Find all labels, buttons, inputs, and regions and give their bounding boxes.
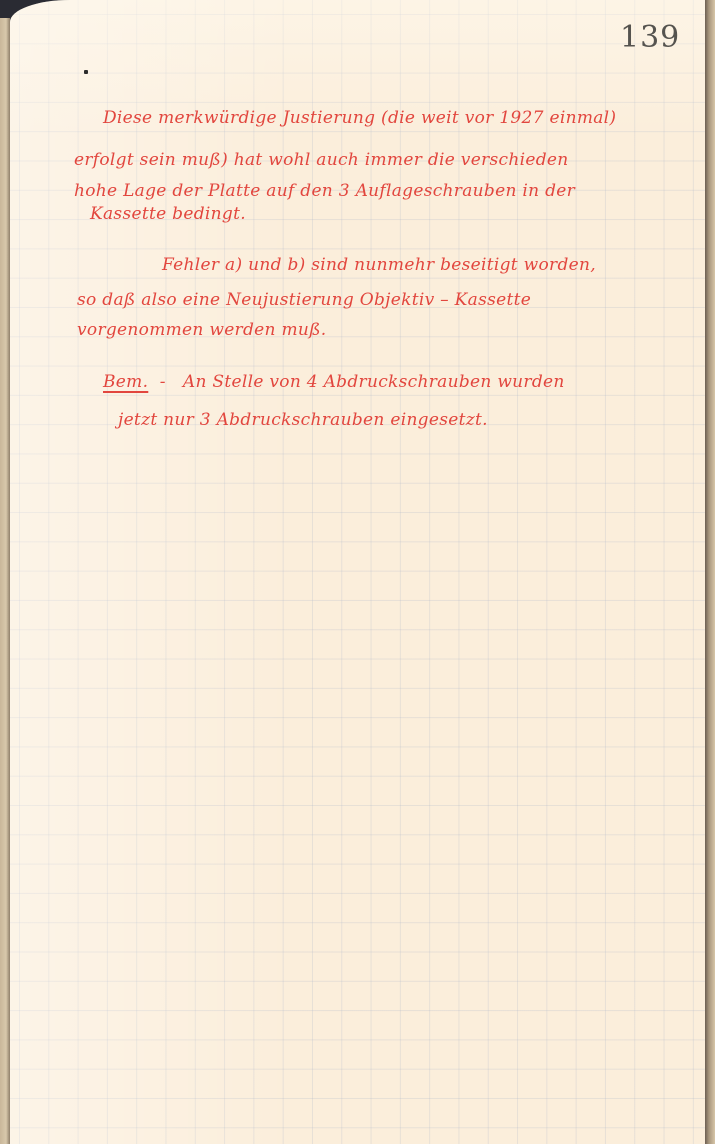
paragraph-2-line-3: vorgenommen werden muß. — [77, 320, 327, 340]
remark-line-1: Bem. - An Stelle von 4 Abdruckschrauben … — [103, 372, 565, 392]
scanned-notebook-page: 139 Diese merkwürdige Justierung (die we… — [0, 0, 715, 1144]
remark-line-1-text: An Stelle von 4 Abdruckschrauben wurden — [183, 372, 565, 392]
ink-spot — [84, 70, 88, 74]
remark-line-2: jetzt nur 3 Abdruckschrauben eingesetzt. — [118, 410, 488, 430]
paragraph-2-line-1: Fehler a) und b) sind nunmehr beseitigt … — [162, 255, 596, 275]
binding-edge — [705, 0, 715, 1144]
paragraph-1-line-2: erfolgt sein muß) hat wohl auch immer di… — [74, 150, 568, 170]
paragraph-1-line-1: Diese merkwürdige Justierung (die weit v… — [103, 108, 616, 128]
remark-dash: - — [154, 372, 177, 392]
grid-paper-page — [10, 0, 705, 1144]
previous-page-edge — [0, 18, 10, 1144]
page-number: 139 — [620, 20, 680, 55]
remark-label: Bem. — [103, 372, 148, 392]
paragraph-1-line-3: hohe Lage der Platte auf den 3 Auflagesc… — [74, 181, 575, 201]
paragraph-1-line-4: Kassette bedingt. — [90, 204, 246, 224]
paragraph-2-line-2: so daß also eine Neujustierung Objektiv … — [77, 290, 531, 310]
